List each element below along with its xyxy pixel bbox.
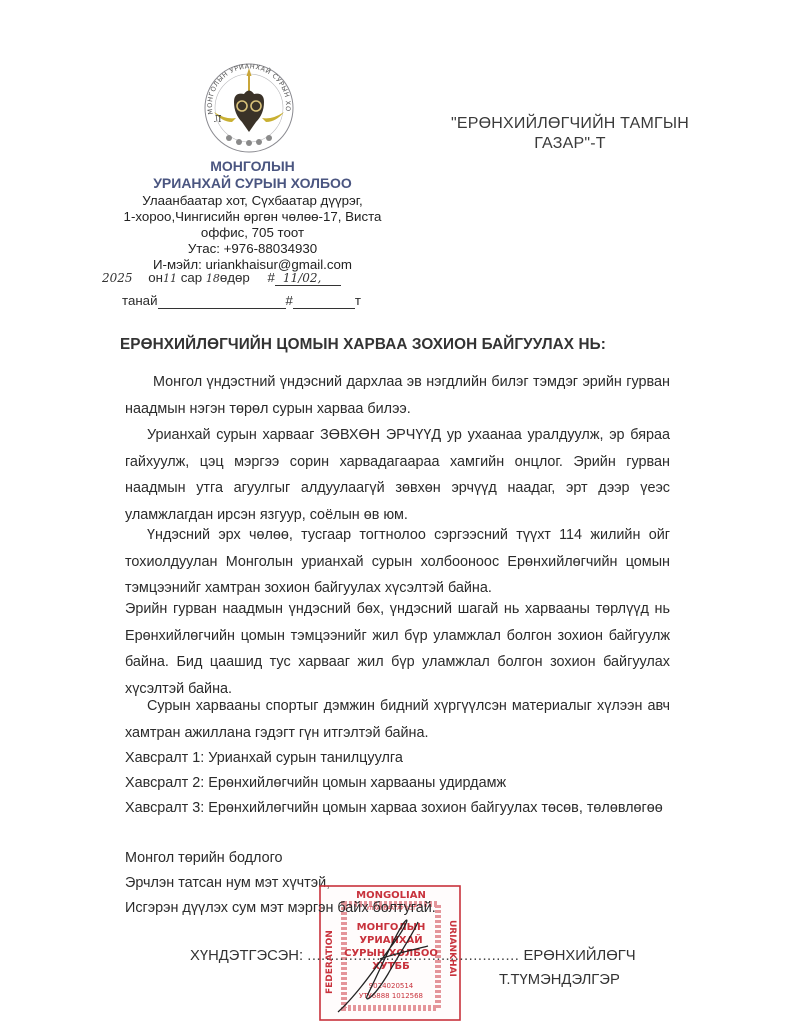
- year-suffix: он: [148, 270, 163, 285]
- signer-position: ЕРӨНХИЙЛӨГЧ: [523, 948, 635, 964]
- signer-name: Т.ТҮМЭНДЭЛГЭР: [499, 972, 620, 988]
- org-name-line1: МОНГОЛЫН: [110, 158, 395, 175]
- paragraph-1: Монгол үндэстний үндэсний дархлаа эв нэг…: [125, 369, 670, 422]
- reference-number-prefix: #: [286, 293, 293, 308]
- reference-prefix: танай: [122, 293, 158, 308]
- year-handwritten: 2025: [102, 271, 133, 285]
- attachment-2: Хавсралт 2: Ерөнхийлөгчийн цомын харваан…: [125, 775, 670, 791]
- month-handwritten: 11: [163, 272, 177, 285]
- month-suffix: сар: [181, 270, 202, 285]
- number-prefix: #: [268, 270, 275, 285]
- motto-line1: Монгол төрийн бодлого: [125, 850, 670, 866]
- recipient-line1: "ЕРӨНХИЙЛӨГЧИЙН ТАМГЫН: [445, 114, 695, 134]
- day-suffix: өдөр: [220, 270, 250, 285]
- address-line1: Улаанбаатар хот, Сүхбаатар дүүрэг,: [100, 193, 405, 209]
- signature-line: ХҮНДЭТГЭСЭН: ...........................…: [190, 948, 636, 964]
- svg-text:УРИАНХАЙ: УРИАНХАЙ: [359, 933, 422, 946]
- svg-text:Л: Л: [214, 115, 222, 125]
- motto-line3: Исгэрэн дүүлэх сум мэт мэргэн байх болту…: [125, 900, 670, 916]
- paragraph-3: Үндэсний эрх чөлөө, тусгаар тогтнолоо сэ…: [125, 522, 670, 602]
- svg-text:9024020514: 9024020514: [369, 982, 414, 990]
- reference-suffix: т: [355, 293, 361, 308]
- organization-logo: МОНГОЛЫН УРИАНХАЙ СУРЫН ХОЛБОО Л: [196, 62, 302, 158]
- phone-number: Утас: +976-88034930: [100, 241, 405, 257]
- address-line2: 1-хороо,Чингисийн өргөн чөлөө-17, Виста: [100, 209, 405, 225]
- reference-blank: [158, 293, 286, 309]
- day-handwritten: 18: [206, 272, 220, 285]
- address-line3: оффис, 705 тоот: [100, 225, 405, 241]
- recipient-line2: ГАЗАР"-Т: [445, 134, 695, 154]
- paragraph-4: Эрийн гурван наадмын үндэсний бөх, үндэс…: [125, 596, 670, 702]
- paragraph-5: Сурын харвааны спортыг дэмжин бидний хүр…: [125, 693, 670, 746]
- org-name-line2: УРИАНХАЙ СУРЫН ХОЛБОО: [110, 175, 395, 192]
- document-title: ЕРӨНХИЙЛӨГЧИЙН ЦОМЫН ХАРВАА ЗОХИОН БАЙГУ…: [120, 336, 606, 354]
- attachment-1: Хавсралт 1: Урианхай сурын танилцуулга: [125, 750, 670, 766]
- reference-number-blank: [293, 293, 355, 309]
- reference-line: танай # т: [122, 293, 361, 309]
- outgoing-number: 11/02,: [275, 271, 341, 286]
- signature-label: ХҮНДЭТГЭСЭН:: [190, 948, 303, 964]
- archery-emblem-icon: МОНГОЛЫН УРИАНХАЙ СУРЫН ХОЛБОО Л: [196, 62, 302, 158]
- paragraph-2: Урианхай сурын харвааг ЗӨВХӨН ЭРЧҮҮД ур …: [125, 422, 670, 528]
- attachment-3: Хавсралт 3: Ерөнхийлөгчийн цомын харваа …: [125, 800, 670, 816]
- date-line: 2025 он11 сар 18өдөр #11/02,: [102, 270, 341, 286]
- signature-dots: ........................................…: [307, 948, 519, 964]
